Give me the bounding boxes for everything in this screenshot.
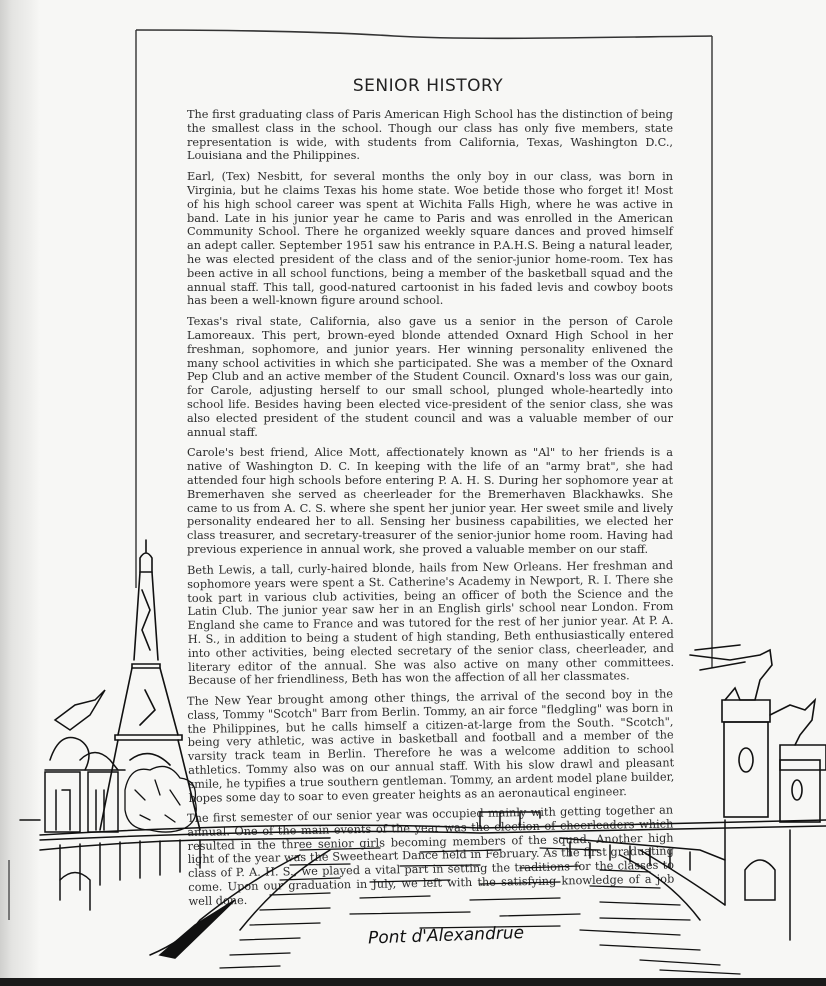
paragraph-tommy-barr: The New Year brought among other things,…	[187, 687, 675, 805]
paragraph-alice-mott: Carole's best friend, Alice Mott, affect…	[187, 446, 673, 556]
paragraph-senior-year: The first semester of our senior year wa…	[187, 804, 675, 909]
paragraph-carole-lamoreaux: Texas's rival state, California, also ga…	[187, 315, 673, 439]
paragraph-earl-nesbitt: Earl, (Tex) Nesbitt, for several months …	[187, 170, 673, 308]
illustration-caption: Pont d'Alexandrue	[368, 922, 569, 949]
tree-foliage-icon	[125, 766, 196, 832]
page-binding-edge	[0, 0, 40, 986]
binding-shadow	[8, 860, 10, 920]
pegasus-statue-left-icon	[45, 690, 125, 832]
senior-history-text: The first graduating class of Paris Amer…	[187, 108, 673, 916]
page-title: SENIOR HISTORY	[186, 76, 670, 96]
paragraph-beth-lewis: Beth Lewis, a tall, curly-haired blonde,…	[187, 559, 674, 688]
page-bottom-edge	[0, 978, 826, 986]
pegasus-statue-right-icon	[690, 645, 826, 822]
eiffel-tower-icon	[100, 540, 200, 830]
paragraph-intro: The first graduating class of Paris Amer…	[187, 108, 673, 163]
